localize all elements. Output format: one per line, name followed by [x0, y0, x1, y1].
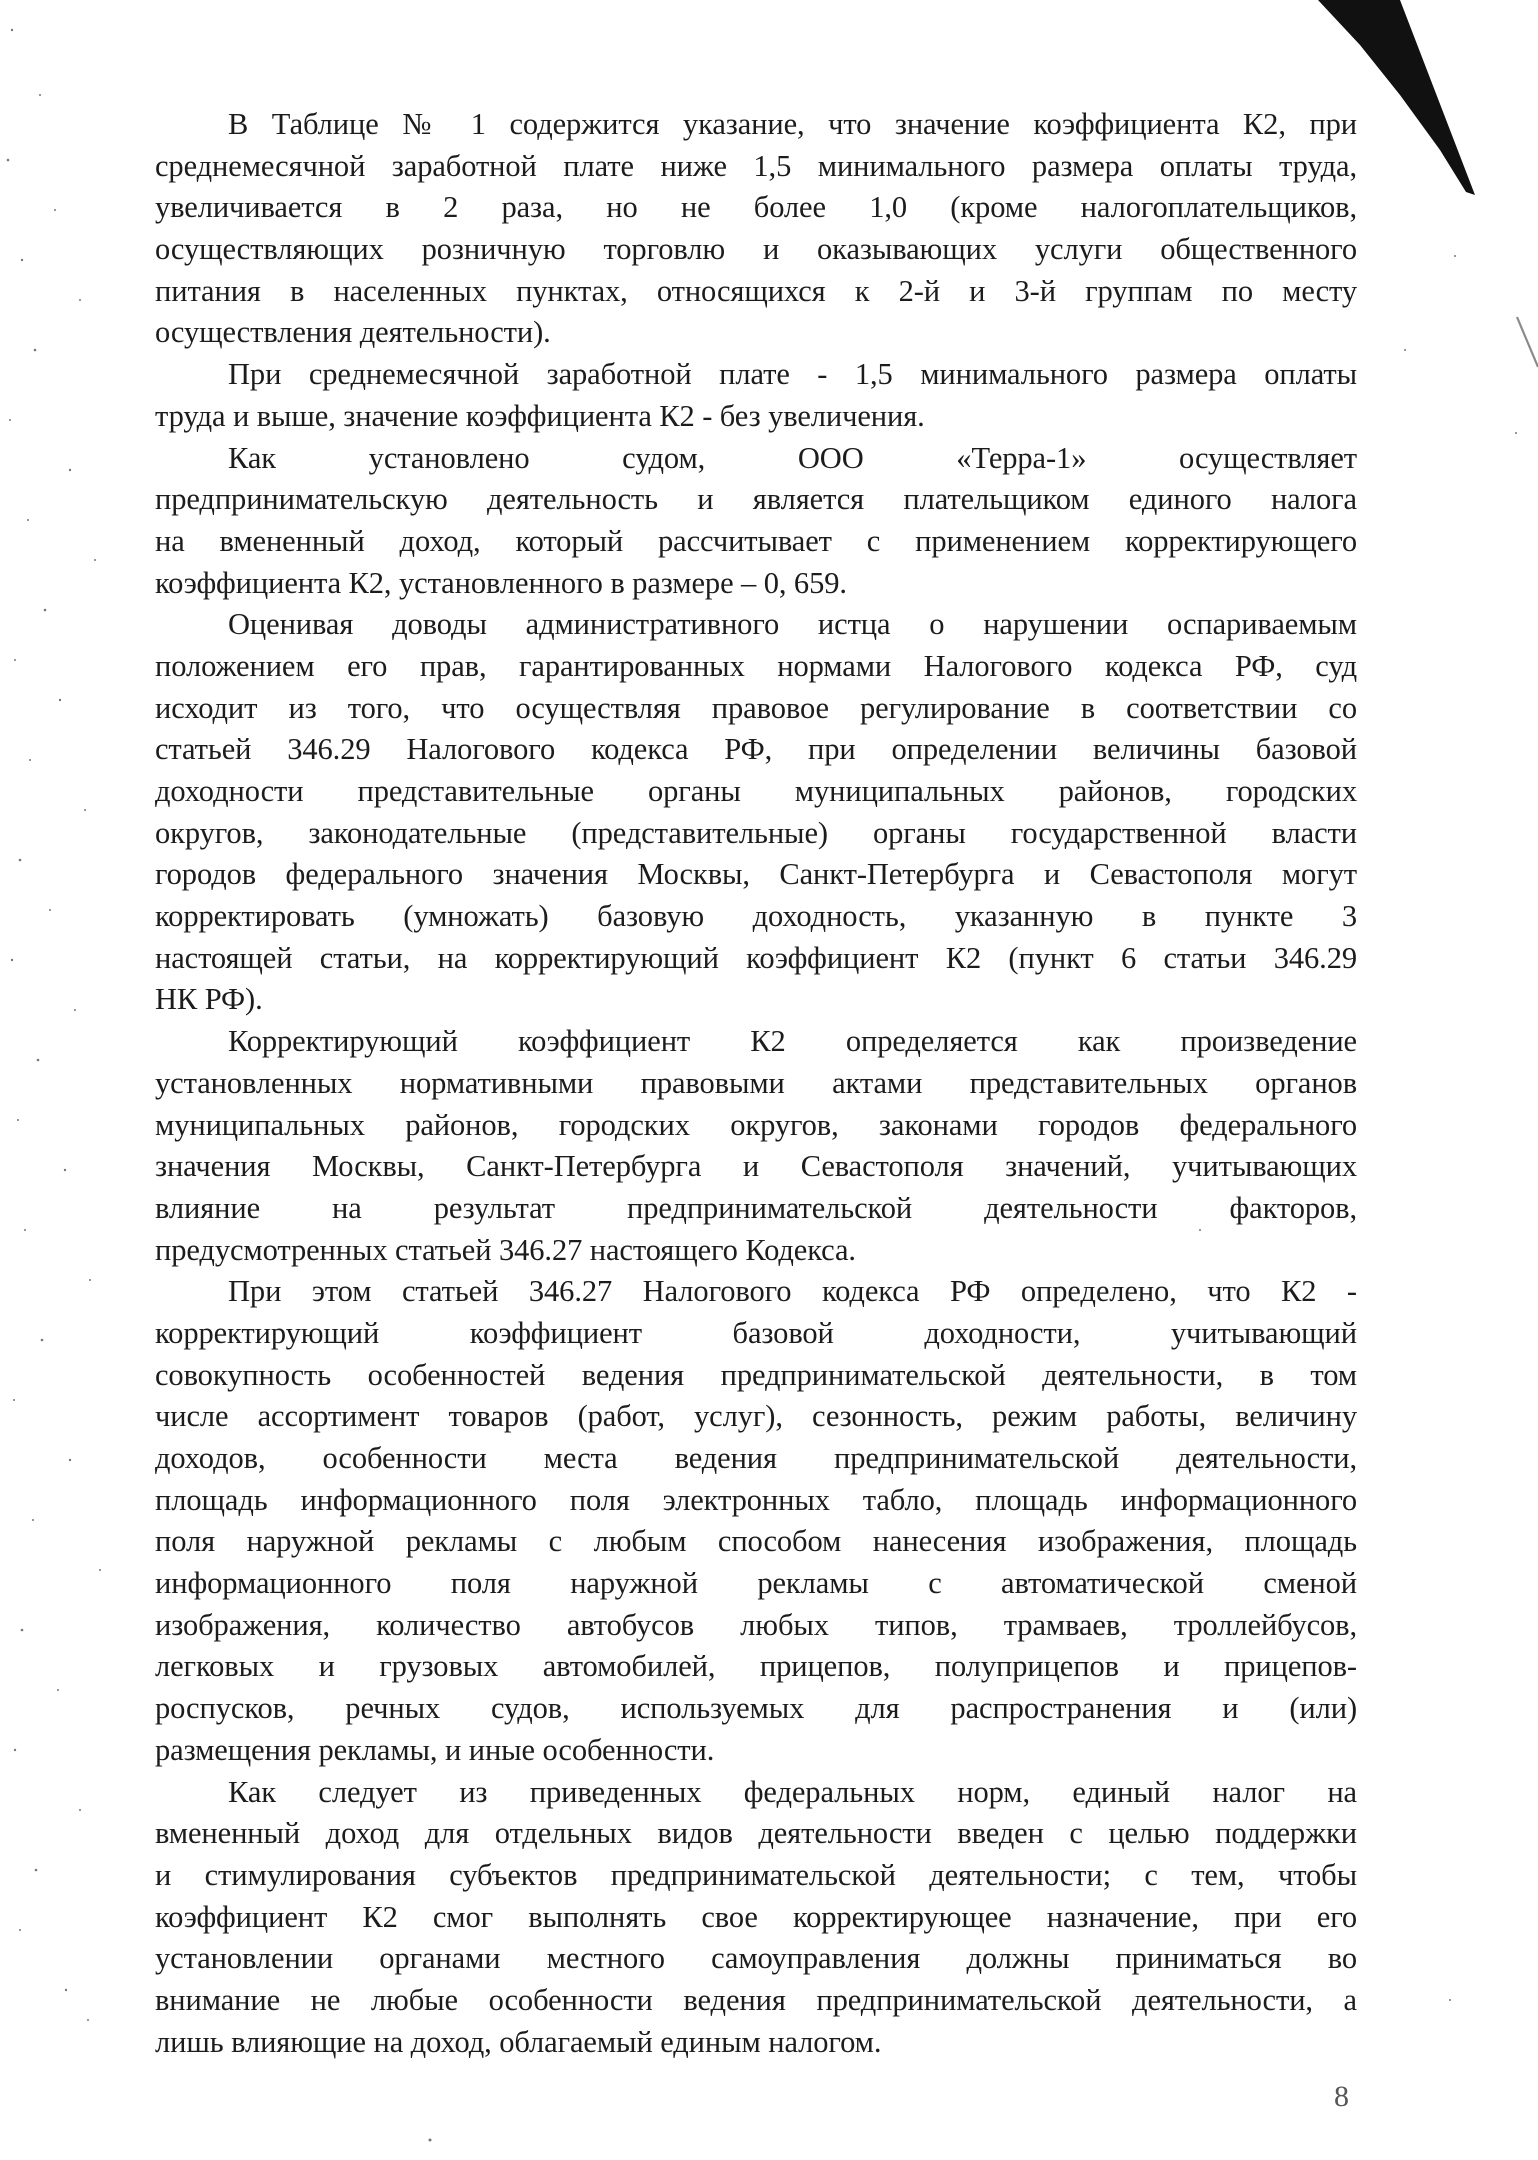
- text-line: В Таблице № 1 содержится указание, что з…: [155, 104, 1357, 146]
- text-line: При среднемесячной заработной плате - 1,…: [155, 354, 1357, 396]
- text-line: коэффициента К2, установленного в размер…: [155, 563, 1357, 605]
- text-line: влияние на результат предпринимательской…: [155, 1188, 1357, 1230]
- text-line: округов, законодательные (представительн…: [155, 813, 1357, 855]
- text-line: изображения, количество автобусов любых …: [155, 1605, 1357, 1647]
- text-line: внимание не любые особенности ведения пр…: [155, 1980, 1357, 2022]
- text-line: НК РФ).: [155, 979, 1357, 1021]
- text-line: размещения рекламы, и иные особенности.: [155, 1730, 1357, 1772]
- text-line: предусмотренных статьей 346.27 настоящег…: [155, 1230, 1357, 1272]
- paragraph: При этом статьей 346.27 Налогового кодек…: [155, 1271, 1357, 1771]
- text-line: среднемесячной заработной плате ниже 1,5…: [155, 146, 1357, 188]
- text-line: муниципальных районов, городских округов…: [155, 1105, 1357, 1147]
- text-line: увеличивается в 2 раза, но не более 1,0 …: [155, 187, 1357, 229]
- text-line: поля наружной рекламы с любым способом н…: [155, 1521, 1357, 1563]
- text-line: Как установлено судом, ООО «Терра-1» осу…: [155, 438, 1357, 480]
- page-number: 8: [1334, 2080, 1349, 2114]
- paragraph: Оценивая доводы административного истца …: [155, 604, 1357, 1021]
- paragraph: Как установлено судом, ООО «Терра-1» осу…: [155, 438, 1357, 605]
- text-line: исходит из того, что осуществляя правово…: [155, 688, 1357, 730]
- text-line: положением его прав, гарантированных нор…: [155, 646, 1357, 688]
- scanned-page: В Таблице № 1 содержится указание, что з…: [0, 0, 1538, 2160]
- text-line: осуществляющих розничную торговлю и оказ…: [155, 229, 1357, 271]
- paragraph: При среднемесячной заработной плате - 1,…: [155, 354, 1357, 437]
- document-body: В Таблице № 1 содержится указание, что з…: [155, 104, 1357, 2063]
- text-line: и стимулирования субъектов предпринимате…: [155, 1855, 1357, 1897]
- text-line: осуществления деятельности).: [155, 312, 1357, 354]
- text-line: значения Москвы, Санкт-Петербурга и Сева…: [155, 1146, 1357, 1188]
- text-line: настоящей статьи, на корректирующий коэф…: [155, 938, 1357, 980]
- text-line: лишь влияющие на доход, облагаемый едины…: [155, 2022, 1357, 2064]
- text-line: труда и выше, значение коэффициента К2 -…: [155, 396, 1357, 438]
- paragraph: Как следует из приведенных федеральных н…: [155, 1772, 1357, 2064]
- text-line: на вмененный доход, который рассчитывает…: [155, 521, 1357, 563]
- text-line: корректировать (умножать) базовую доходн…: [155, 896, 1357, 938]
- text-line: числе ассортимент товаров (работ, услуг)…: [155, 1396, 1357, 1438]
- text-line: легковых и грузовых автомобилей, прицепо…: [155, 1646, 1357, 1688]
- text-line: городов федерального значения Москвы, Са…: [155, 854, 1357, 896]
- text-line: совокупность особенностей ведения предпр…: [155, 1355, 1357, 1397]
- text-line: статьей 346.29 Налогового кодекса РФ, пр…: [155, 729, 1357, 771]
- text-line: роспусков, речных судов, используемых дл…: [155, 1688, 1357, 1730]
- text-line: корректирующий коэффициент базовой доход…: [155, 1313, 1357, 1355]
- text-line: площадь информационного поля электронных…: [155, 1480, 1357, 1522]
- paragraph: В Таблице № 1 содержится указание, что з…: [155, 104, 1357, 354]
- text-line: установленных нормативными правовыми акт…: [155, 1063, 1357, 1105]
- text-line: доходности представительные органы муниц…: [155, 771, 1357, 813]
- text-line: информационного поля наружной рекламы с …: [155, 1563, 1357, 1605]
- text-line: Корректирующий коэффициент К2 определяет…: [155, 1021, 1357, 1063]
- text-line: коэффициент К2 смог выполнять свое корре…: [155, 1897, 1357, 1939]
- text-line: доходов, особенности места ведения предп…: [155, 1438, 1357, 1480]
- text-line: установлении органами местного самоуправ…: [155, 1938, 1357, 1980]
- paragraph: Корректирующий коэффициент К2 определяет…: [155, 1021, 1357, 1271]
- text-line: Оценивая доводы административного истца …: [155, 604, 1357, 646]
- text-line: Как следует из приведенных федеральных н…: [155, 1772, 1357, 1814]
- text-line: вмененный доход для отдельных видов деят…: [155, 1813, 1357, 1855]
- text-line: предпринимательскую деятельность и являе…: [155, 479, 1357, 521]
- text-line: При этом статьей 346.27 Налогового кодек…: [155, 1271, 1357, 1313]
- scan-edge-mark: [1517, 317, 1538, 367]
- text-line: питания в населенных пунктах, относящихс…: [155, 271, 1357, 313]
